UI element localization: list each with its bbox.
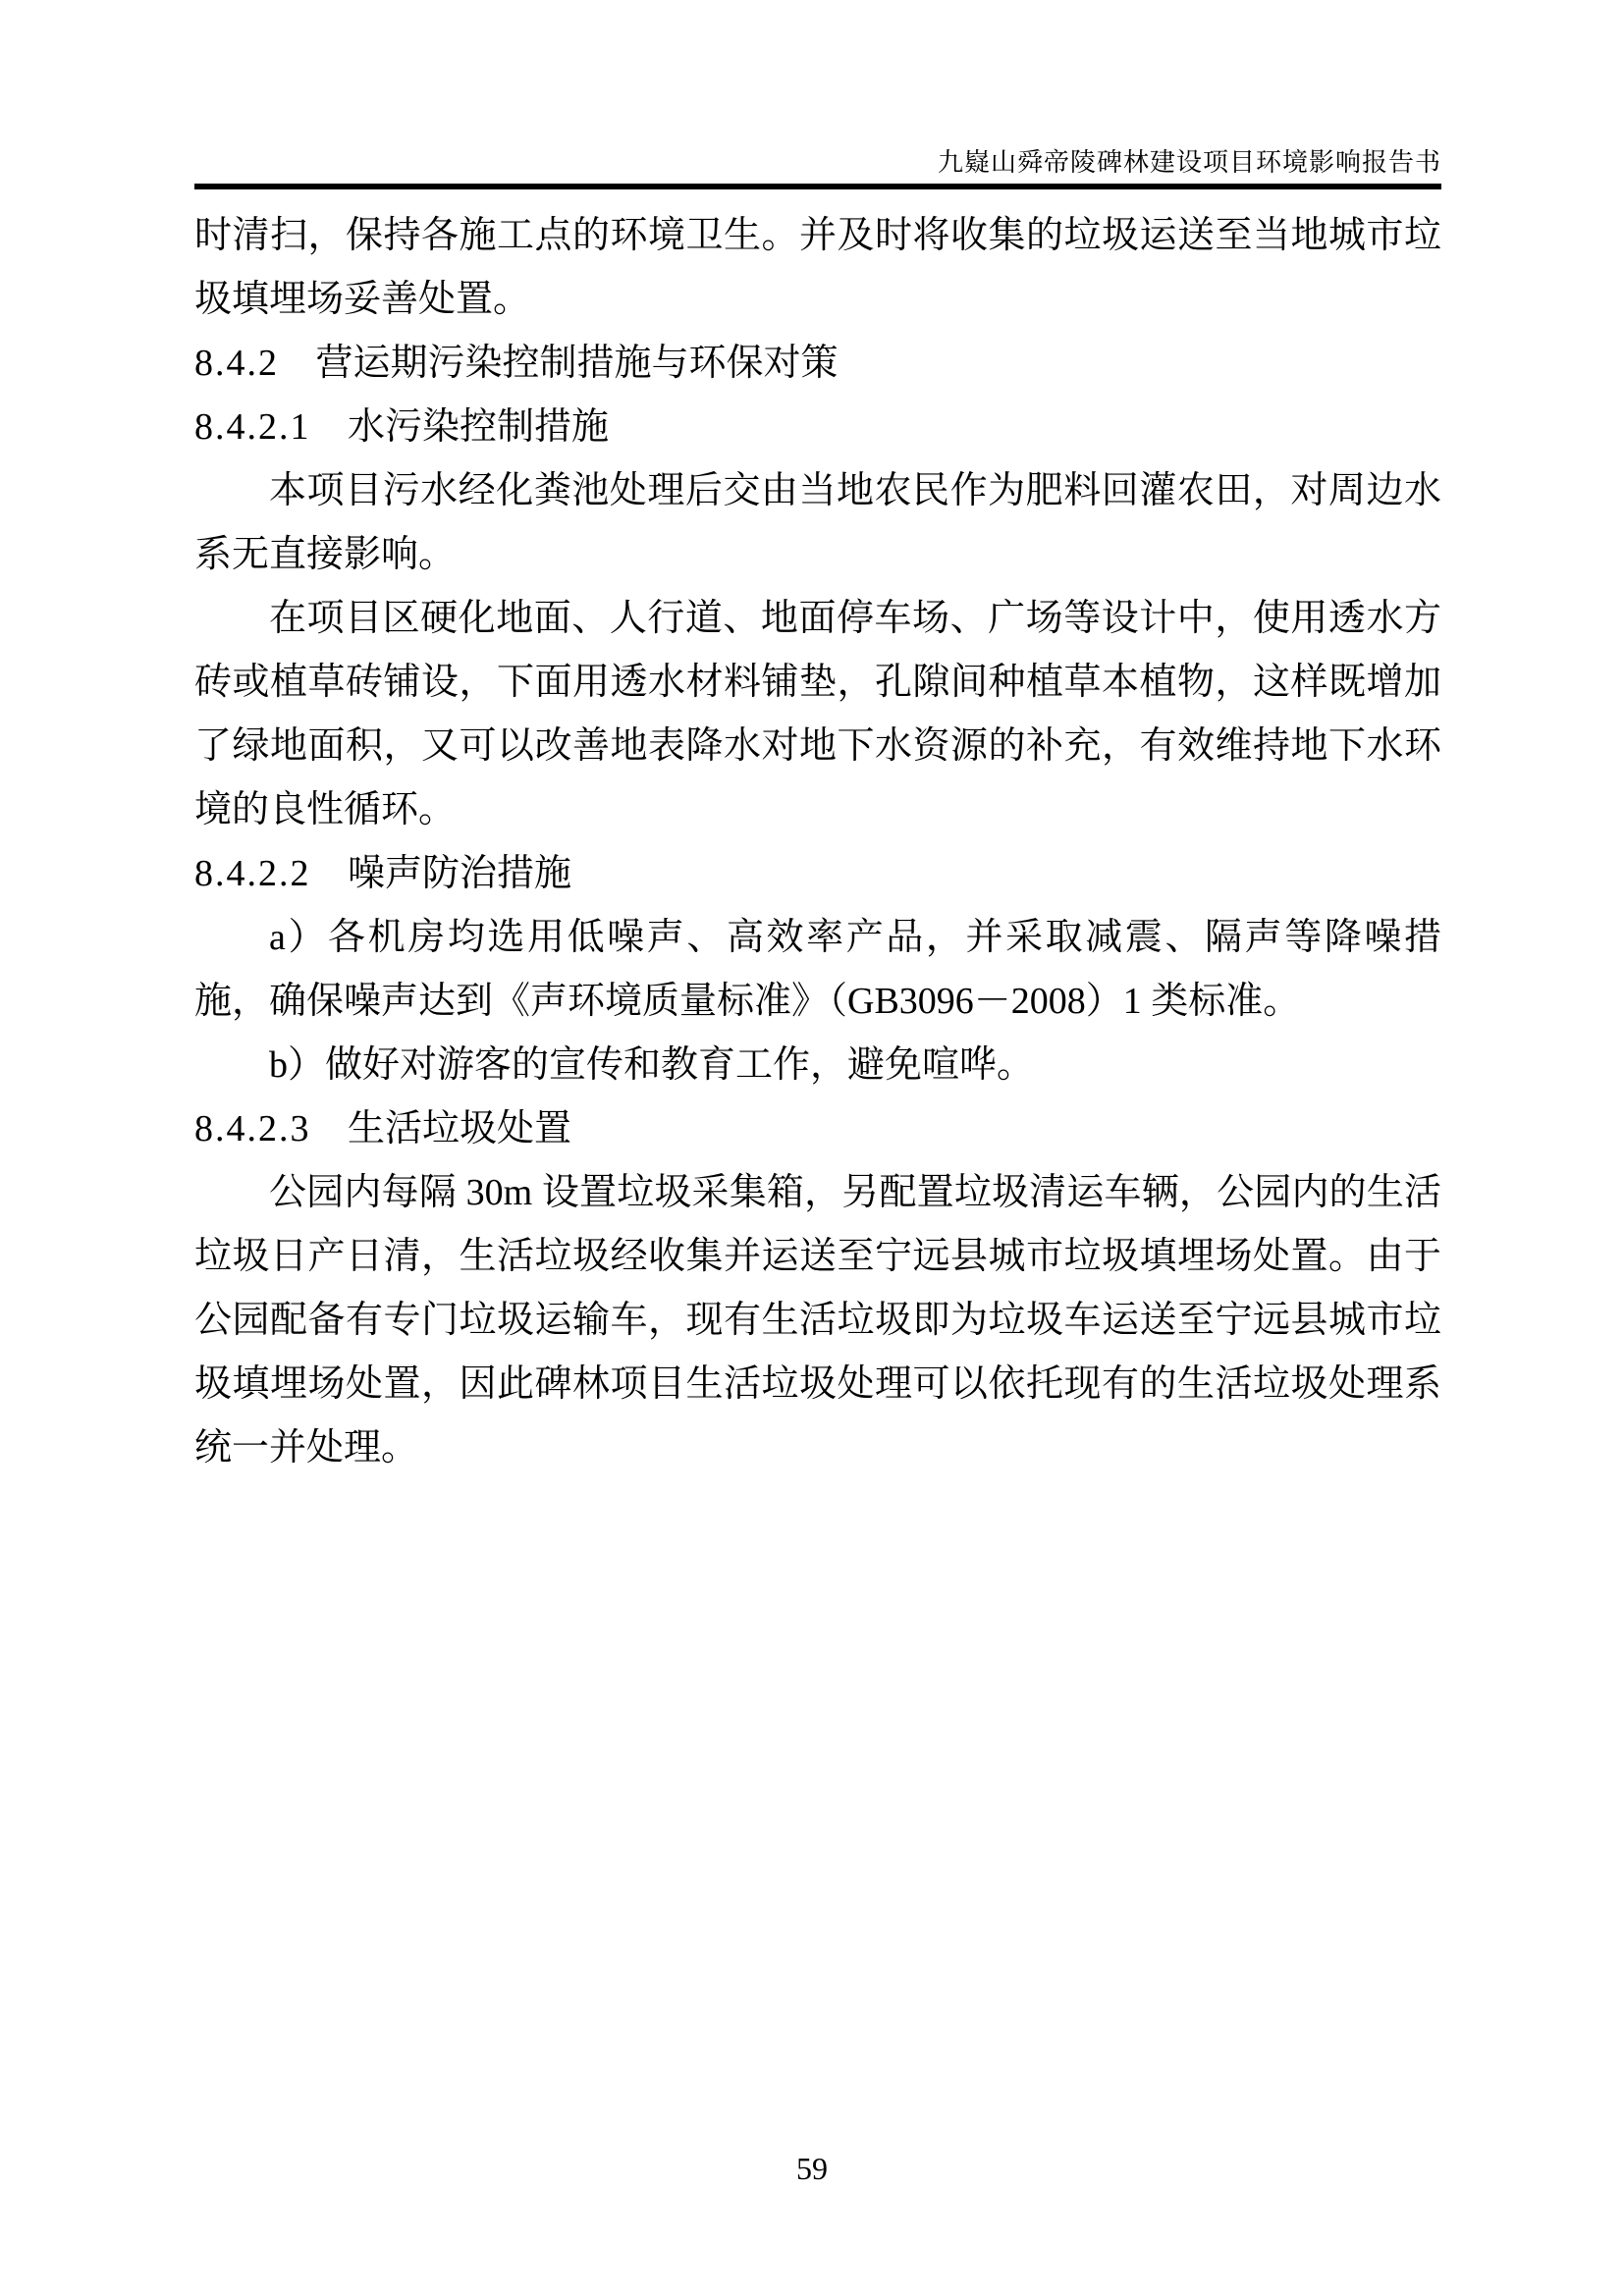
body-paragraph: a）各机房均选用低噪声、高效率产品，并采取减震、隔声等降噪措施，确保噪声达到《声… xyxy=(194,906,1441,1034)
section-number: 8.4.2.3 xyxy=(194,1097,311,1161)
section-heading-8-4-2-2: 8.4.2.2 噪声防治措施 xyxy=(194,842,1441,906)
section-title: 营运期污染控制措施与环保对策 xyxy=(316,343,839,384)
section-number: 8.4.2.2 xyxy=(194,842,311,906)
body-paragraph: 时清扫，保持各施工点的环境卫生。并及时将收集的垃圾运送至当地城市垃圾填埋场妥善处… xyxy=(194,204,1441,332)
body-paragraph: 在项目区硬化地面、人行道、地面停车场、广场等设计中，使用透水方砖或植草砖铺设，下… xyxy=(194,587,1441,842)
section-title: 生活垃圾处置 xyxy=(348,1108,571,1149)
document-page: 九嶷山舜帝陵碑林建设项目环境影响报告书 时清扫，保持各施工点的环境卫生。并及时将… xyxy=(0,0,1624,2296)
section-heading-8-4-2-1: 8.4.2.1 水污染控制措施 xyxy=(194,396,1441,459)
section-number: 8.4.2.1 xyxy=(194,396,311,459)
body-paragraph: 本项目污水经化粪池处理后交由当地农民作为肥料回灌农田，对周边水系无直接影响。 xyxy=(194,459,1441,587)
section-heading-8-4-2: 8.4.2 营运期污染控制措施与环保对策 xyxy=(194,332,1441,396)
section-title: 水污染控制措施 xyxy=(348,406,609,448)
section-heading-8-4-2-3: 8.4.2.3 生活垃圾处置 xyxy=(194,1097,1441,1161)
running-header: 九嶷山舜帝陵碑林建设项目环境影响报告书 xyxy=(194,145,1441,189)
page-footer: 59 xyxy=(0,2148,1624,2189)
body-paragraph: 公园内每隔 30m 设置垃圾采集箱，另配置垃圾清运车辆，公园内的生活垃圾日产日清… xyxy=(194,1161,1441,1480)
section-title: 噪声防治措施 xyxy=(348,853,571,894)
running-header-title: 九嶷山舜帝陵碑林建设项目环境影响报告书 xyxy=(938,148,1441,177)
body-paragraph: b）做好对游客的宣传和教育工作，避免喧哗。 xyxy=(194,1034,1441,1097)
document-body: 时清扫，保持各施工点的环境卫生。并及时将收集的垃圾运送至当地城市垃圾填埋场妥善处… xyxy=(194,204,1441,1480)
page-number: 59 xyxy=(796,2151,828,2186)
section-number: 8.4.2 xyxy=(194,332,279,396)
